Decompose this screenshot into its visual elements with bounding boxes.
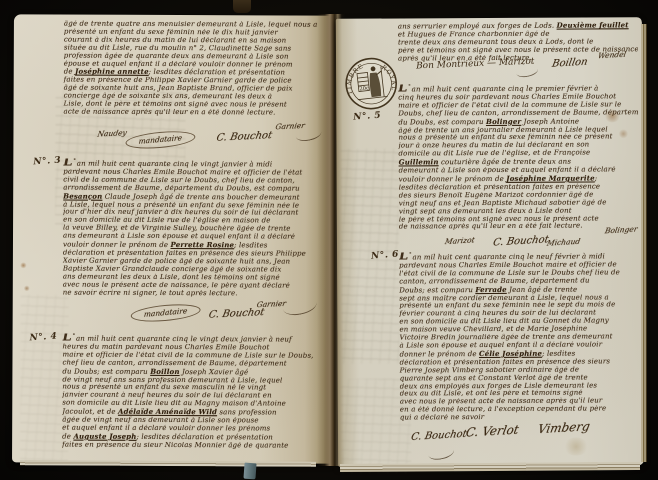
record-6-signature-row: C. Bouchot C. Verlot Vimberg — [336, 17, 642, 19]
signature-naudey: Naudey — [97, 128, 128, 139]
record-3-signature-row: mandataire C. Bouchot Garnier — [14, 14, 332, 15]
timbre-royal-stamp-icon: TIMBRE ROYAL 20c — [340, 53, 402, 115]
stain — [563, 437, 589, 455]
signature-vimberg: Vimberg — [537, 419, 591, 436]
record-5-text: L'an mil huit cent quarante cinq le prem… — [398, 83, 639, 232]
signature-mandataire: mandataire — [130, 302, 201, 324]
record-4-closing-row: Bon Montrieux — Marizot Boillon Wendel — [336, 17, 642, 19]
margin-number-4: N°. 4 — [29, 332, 57, 344]
handwriting-line: faites en présence du sieur Nicolas Monn… — [62, 441, 326, 450]
signature-mandataire: mandataire — [125, 129, 196, 151]
left-page: N°. 3 N°. 4 âgé de trente quatre ans men… — [12, 14, 332, 463]
margin-number-6: N°. 6 — [371, 250, 399, 262]
photograph-of-register: { "photo": { "backdrop_color": "#0d0b07"… — [0, 0, 658, 480]
signature-bolinger: Bolinger — [604, 224, 638, 235]
signature-michaud: Michaud — [546, 237, 581, 248]
handwriting-line: ne savoir écrire ni signer, le tout aprè… — [63, 289, 327, 298]
signature-bouchot: C. Bouchot — [410, 429, 468, 443]
stain — [20, 262, 27, 268]
record-3-text: L'an mil huit cent quarante cinq le ving… — [63, 159, 328, 299]
bookmark-ribbon — [243, 463, 256, 480]
margin-number-3: N°. 3 — [33, 156, 61, 168]
stain — [24, 285, 30, 291]
signature-wendel: Wendel — [597, 49, 627, 60]
signature-marizot: Marizot — [444, 235, 475, 246]
record-2-continuation-text: âgé de trente quatre ans menuisier demeu… — [64, 21, 328, 118]
handwriting-line: qui a déclaré ne savoir — [400, 413, 640, 422]
handwriting-line: acte de naissance après qu'il leur en a … — [64, 108, 328, 117]
record-6-text: L'an mil huit cent quarante cinq le neuf… — [399, 251, 640, 422]
handwriting-line: en a été donné lecture, à l'exception ce… — [400, 405, 640, 414]
signature-paraph — [427, 444, 455, 462]
signature-verlot: C. Verlot — [465, 422, 520, 439]
binding-notch — [233, 0, 251, 13]
record-5-signature-row: Marizot C. Bouchot Michaud Bolinger — [336, 17, 642, 19]
handwriting-line: de naissance après qu'il leur en a été f… — [399, 223, 639, 232]
record-4-text: L'an mil huit cent quarante cinq le ving… — [62, 334, 327, 451]
record-2-signature-row: Naudey mandataire C. Bouchot Garnier — [14, 14, 332, 15]
signature-bouchot: C. Bouchot — [215, 130, 273, 144]
signature-bouchot: C. Bouchot — [492, 234, 550, 248]
stamp-value-20c: 20c — [359, 85, 369, 92]
right-page: TIMBRE ROYAL 20c N°. 5 N°. 6 ans serruri… — [336, 17, 644, 467]
signature-boillon: Boillon — [551, 56, 588, 69]
margin-number-5: N°. 5 — [353, 111, 381, 123]
